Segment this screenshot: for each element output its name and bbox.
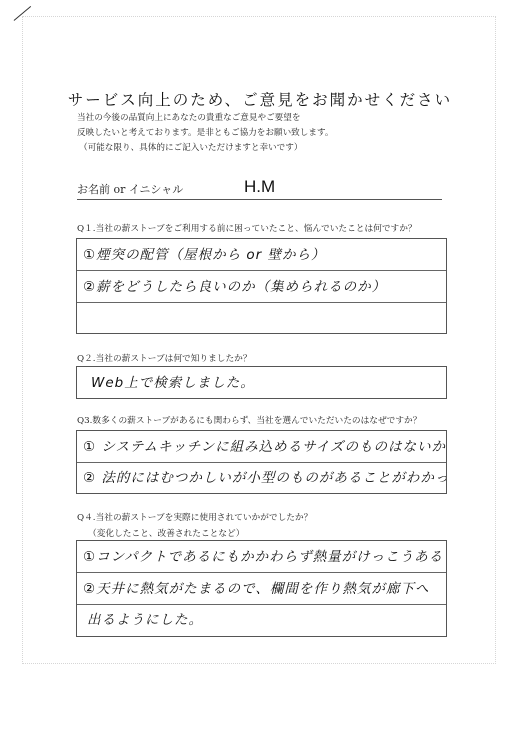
answer-line[interactable]: ①煙突の配管（屋根から or 壁から） [77, 239, 446, 271]
answer-line[interactable]: ① システムキッチンに組み込めるサイズのものはないか [77, 431, 446, 463]
question-2-answer-box[interactable]: Web上で検索しました。 [76, 366, 447, 399]
name-value[interactable]: H.M [244, 177, 275, 197]
intro-line: 反映したいと考えております。是非ともご協力をお願い致します。 [77, 126, 333, 141]
name-label: お名前 or イニシャル [77, 181, 183, 197]
question-1-label: Q１.当社の薪ストーブをご利用する前に困っていたこと、悩んでいたことは何ですか？ [77, 222, 417, 234]
intro-text: 当社の今後の品質向上にあなたの貴重なご意見やご要望を 反映したいと考えております… [77, 111, 333, 156]
answer-line[interactable] [77, 303, 446, 333]
answer-line[interactable]: ①コンパクトであるにもかかわらず熱量がけっこうある [77, 541, 446, 573]
question-4-sublabel: （変化したこと、改善されたことなど） [88, 527, 244, 539]
answer-line[interactable]: ②薪をどうしたら良いのか（集められるのか） [77, 271, 446, 303]
question-2-label: Q２.当社の薪ストーブは何で知りましたか？ [77, 352, 252, 364]
answer-line[interactable]: ② 法的にはむつかしいが小型のものがあることがわかった。 [77, 463, 446, 493]
question-4-label: Q４.当社の薪ストーブを実際に使用されていかがでしたか？ [77, 511, 312, 523]
form-title: サービス向上のため、ご意見をお聞かせください [0, 88, 520, 110]
name-field[interactable]: お名前 or イニシャル H.M [77, 177, 442, 200]
question-3-answer-box[interactable]: ① システムキッチンに組み込めるサイズのものはないか ② 法的にはむつかしいが小… [76, 430, 447, 494]
intro-line: 当社の今後の品質向上にあなたの貴重なご意見やご要望を [77, 111, 333, 126]
question-3-label: Q3.数多くの薪ストーブがあるにも関わらず、当社を選んでいただいたのはなぜですか… [77, 414, 421, 426]
intro-line: （可能な限り、具体的にご記入いただけますと幸いです） [77, 141, 333, 156]
question-1-answer-box[interactable]: ①煙突の配管（屋根から or 壁から） ②薪をどうしたら良いのか（集められるのか… [76, 238, 447, 334]
answer-line[interactable]: Web上で検索しました。 [77, 367, 446, 398]
answer-line[interactable]: 出るようにした。 [77, 605, 446, 636]
answer-line[interactable]: ②天井に熱気がたまるので、欄間を作り熱気が廊下へ [77, 573, 446, 605]
question-4-answer-box[interactable]: ①コンパクトであるにもかかわらず熱量がけっこうある ②天井に熱気がたまるので、欄… [76, 540, 447, 637]
